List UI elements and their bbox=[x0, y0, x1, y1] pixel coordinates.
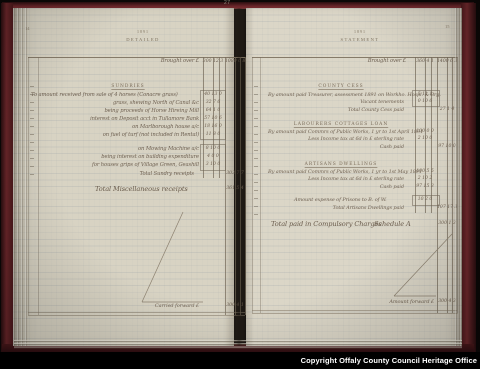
footer-rule bbox=[28, 315, 245, 316]
total-amount: 97 10 0 bbox=[437, 145, 457, 150]
ledger-line: Amount expense of Prisons to B. of W. bbox=[294, 198, 387, 203]
brought-over-amount-outer: 1400 6 3 bbox=[437, 60, 457, 65]
ledger-line: Cash paid bbox=[380, 185, 404, 190]
footer-rule bbox=[28, 312, 245, 313]
column-rule bbox=[447, 57, 448, 313]
ledger-line: on fuel of turf (not included in Rental) bbox=[103, 133, 199, 138]
ledger-line: Vacant tenements bbox=[360, 100, 404, 105]
brought-over-label: Brought over £ bbox=[368, 59, 406, 64]
spine-label: 27 bbox=[224, 0, 231, 6]
total-line: Total Sundry receipts bbox=[140, 172, 194, 177]
margin-marks bbox=[30, 86, 34, 176]
page-edge-stack bbox=[13, 8, 28, 346]
total-line: Total Artisans Dwellings paid bbox=[333, 206, 404, 211]
section-heading-artisans: Artisans Dwellings bbox=[281, 162, 401, 167]
ledger-line: Less Income tax at 6d in £ sterling rate bbox=[308, 177, 404, 182]
footer-rule bbox=[252, 313, 458, 314]
margin-marks bbox=[254, 86, 258, 216]
total-line: Cash paid bbox=[380, 145, 404, 150]
table-border-left bbox=[28, 57, 29, 315]
column-rule bbox=[415, 57, 416, 213]
schedule-total-amount: 300 1 3 bbox=[437, 222, 457, 227]
ledger-line: Less Income tax at 6d in £ sterling rate bbox=[308, 137, 404, 142]
section-heading-county-cess: County Cess bbox=[286, 84, 396, 89]
copyright-text: Copyright Offaly County Council Heritage… bbox=[301, 356, 477, 365]
ledger-amount: 2 10 2 bbox=[414, 177, 436, 182]
page-edge-stack bbox=[455, 8, 462, 346]
ledger-line: being interest on building expenditure bbox=[101, 155, 199, 160]
brought-over-amount-inner: 300 12 3 bbox=[202, 60, 224, 65]
bracket-box bbox=[200, 144, 226, 171]
ledger-line: By amount paid Commrs of Public Works, 1… bbox=[268, 170, 422, 175]
column-rule bbox=[452, 57, 453, 313]
ledger-amount: 100 0 0 bbox=[414, 130, 436, 135]
ledger-line: on Marlborough house a/c bbox=[132, 125, 199, 130]
right-page: 15 1891 STATEMENT Brought over £ 360 4 1… bbox=[246, 8, 462, 346]
ledger-amount: 100 5 5 bbox=[414, 170, 436, 175]
ledger-line: on Mowing Machine a/c bbox=[138, 147, 199, 152]
page-year: 1891 bbox=[43, 29, 243, 34]
ledger-line: being proceeds of Horse Hireing Mill bbox=[104, 109, 199, 114]
section-heading-sundries: Sundries bbox=[73, 84, 183, 89]
amount-forward-label: Amount forward £ bbox=[389, 300, 434, 305]
total-amount: 107 17 3 bbox=[437, 206, 457, 211]
ledger-line: grass, shewing North of Canal &c bbox=[113, 101, 199, 106]
schedule-total-label: Total paid in Compulsory Charges bbox=[271, 221, 382, 228]
ledger-line: By amount paid Commrs of Public Works, 1… bbox=[268, 130, 423, 135]
amount-forward-amount: 300 4 3 bbox=[437, 300, 457, 305]
brought-over-amount-inner: 360 4 1 bbox=[414, 60, 436, 65]
ledger-line: for houses grips of Village Green, Geash… bbox=[92, 163, 199, 168]
header-rule bbox=[252, 57, 458, 58]
ledger-line: interest on Deposit acct in Tullamore Ba… bbox=[90, 117, 199, 122]
ledger-amount: 97 15 3 bbox=[414, 185, 436, 190]
footer-rule bbox=[252, 310, 458, 311]
page-gutter bbox=[224, 8, 254, 346]
section-heading-labourers-loan: Labourers Cottages Loan bbox=[276, 122, 406, 127]
bracket-box bbox=[200, 90, 226, 140]
bracket-box bbox=[412, 195, 440, 206]
total-line: Total County Cess paid bbox=[348, 108, 404, 113]
copyright-bar: Copyright Offaly County Council Heritage… bbox=[0, 352, 480, 369]
column-rule bbox=[425, 57, 426, 213]
ledger-line: To amount received from sale of 4 horses… bbox=[31, 93, 178, 98]
ledger-photo: 27 14 1891 DETAILED Brought over £ 300 1… bbox=[0, 0, 480, 369]
ledger-amount: 2 10 0 bbox=[414, 137, 436, 142]
page-year: 1891 bbox=[260, 29, 460, 34]
total-line: Total Miscellaneous receipts bbox=[95, 186, 188, 193]
book-cover-right-edge bbox=[461, 3, 476, 352]
page-header-right: 1891 STATEMENT bbox=[260, 29, 460, 42]
left-page: 14 1891 DETAILED Brought over £ 300 12 3… bbox=[13, 8, 234, 346]
margin-rule bbox=[260, 57, 261, 313]
book-cover-left-edge bbox=[1, 3, 13, 352]
page-caption: STATEMENT bbox=[260, 37, 460, 42]
total-amount: 27 1 4 bbox=[437, 108, 457, 113]
cancellation-stroke bbox=[13, 8, 234, 346]
page-header-left: 1891 DETAILED bbox=[43, 29, 243, 42]
bracket-box bbox=[412, 90, 440, 107]
page-caption: DETAILED bbox=[43, 37, 243, 42]
schedule-total-schedule: Schedule A bbox=[374, 221, 411, 228]
brought-over-label: Brought over £ bbox=[161, 59, 199, 64]
carried-forward-label: Carried forward £ bbox=[155, 304, 199, 309]
column-rule bbox=[431, 57, 432, 213]
